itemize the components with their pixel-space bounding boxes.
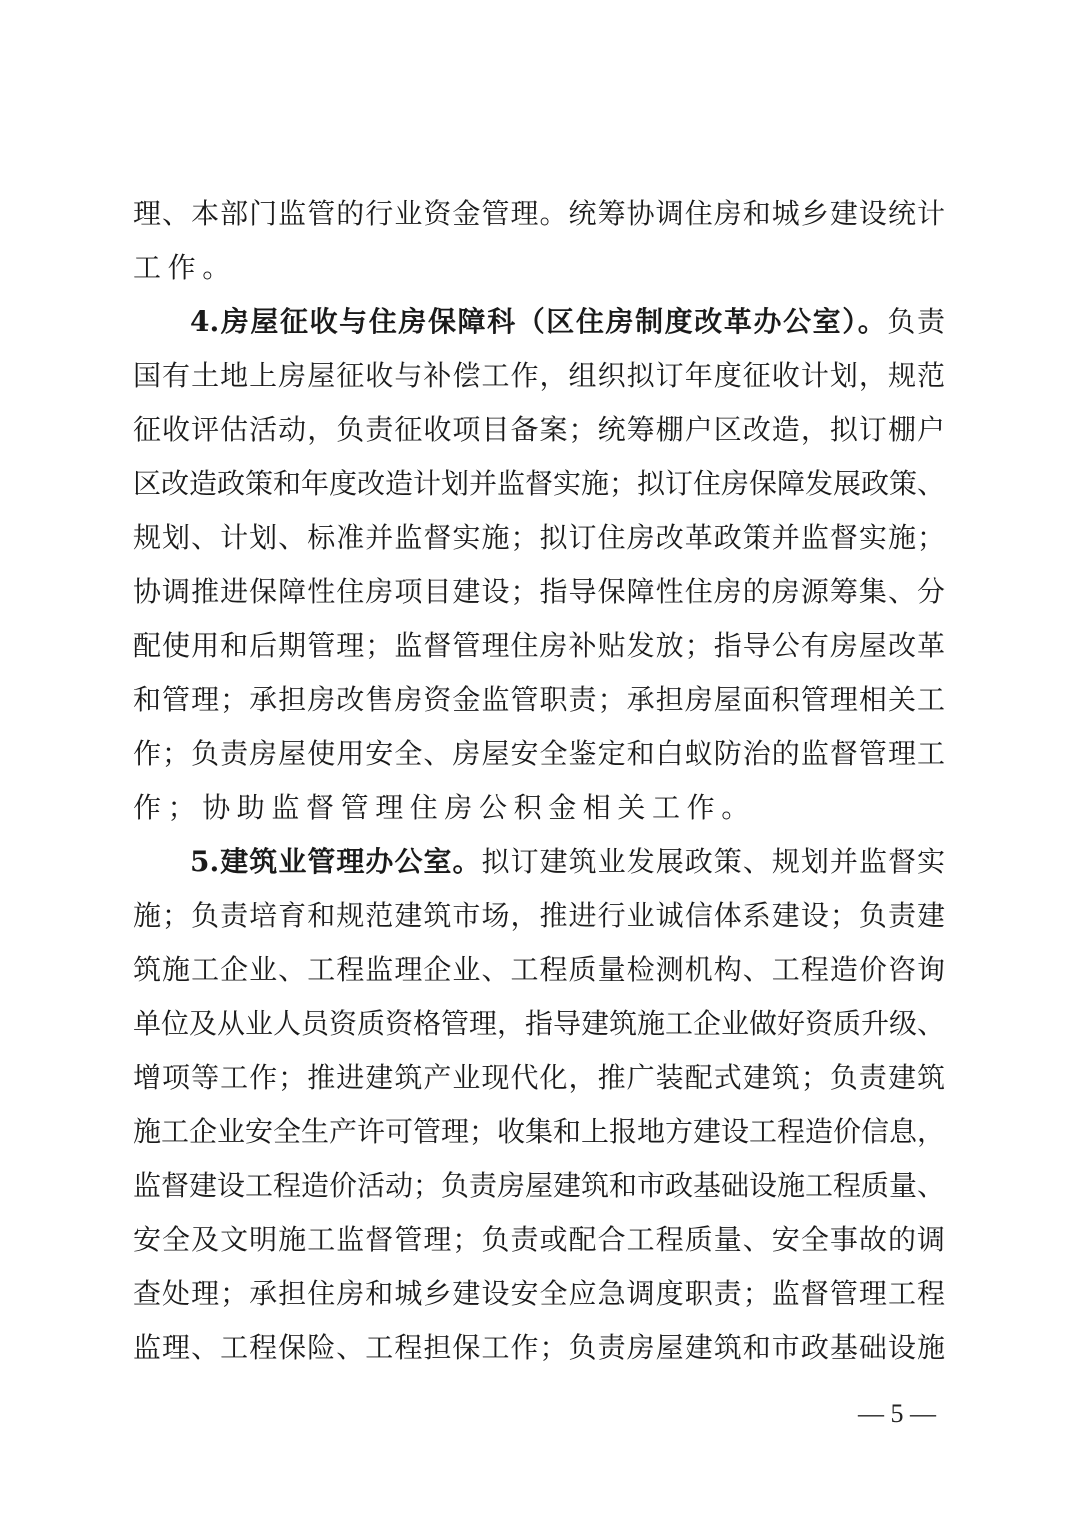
text-line: 配使用和后期管理；监督管理住房补贴发放；指导公有房屋改革 <box>133 626 945 666</box>
text-line: 征收评估活动，负责征收项目备案；统筹棚户区改造，拟订棚户 <box>133 410 945 450</box>
section-5-heading: 5.建筑业管理办公室。 <box>190 845 482 878</box>
text-line: 区改造政策和年度改造计划并监督实施；拟订住房保障发展政策、 <box>133 464 945 504</box>
text-line: 作；协助监督管理住房公积金相关工作。 <box>133 788 945 828</box>
section-4-first-line: 4.房屋征收与住房保障科（区住房制度改革办公室）。负责 <box>190 302 945 342</box>
text-line: 国有土地上房屋征收与补偿工作，组织拟订年度征收计划，规范 <box>133 356 945 396</box>
text-line: 施；负责培育和规范建筑市场，推进行业诚信体系建设；负责建 <box>133 896 945 936</box>
text-line: 协调推进保障性住房项目建设；指导保障性住房的房源筹集、分 <box>133 572 945 612</box>
text-line: 作；负责房屋使用安全、房屋安全鉴定和白蚁防治的监督管理工 <box>133 734 945 774</box>
text-line: 单位及从业人员资质资格管理，指导建筑施工企业做好资质升级、 <box>133 1004 945 1044</box>
text-line: 筑施工企业、工程监理企业、工程质量检测机构、工程造价咨询 <box>133 950 945 990</box>
text-line: 施工企业安全生产许可管理；收集和上报地方建设工程造价信息， <box>133 1112 945 1152</box>
document-page: 理、本部门监管的行业资金管理。统筹协调住房和城乡建设统计 工作。 4.房屋征收与… <box>0 0 1075 1520</box>
text-line: 工作。 <box>133 248 945 288</box>
text-line: 规划、计划、标准并监督实施；拟订住房改革政策并监督实施； <box>133 518 945 558</box>
text-line: 安全及文明施工监督管理；负责或配合工程质量、安全事故的调 <box>133 1220 945 1260</box>
text-line: 和管理；承担房改售房资金监管职责；承担房屋面积管理相关工 <box>133 680 945 720</box>
section-5-first-line: 5.建筑业管理办公室。拟订建筑业发展政策、规划并监督实 <box>190 842 945 882</box>
section-5-first-line-text: 拟订建筑业发展政策、规划并监督实 <box>482 845 945 878</box>
section-4-heading: 4.房屋征收与住房保障科（区住房制度改革办公室）。 <box>190 305 887 338</box>
text-line: 监理、工程保险、工程担保工作；负责房屋建筑和市政基础设施 <box>133 1328 945 1368</box>
text-line: 增项等工作；推进建筑产业现代化，推广装配式建筑；负责建筑 <box>133 1058 945 1098</box>
page-number: — 5 — <box>858 1399 936 1429</box>
text-line: 查处理；承担住房和城乡建设安全应急调度职责；监督管理工程 <box>133 1274 945 1314</box>
section-4-first-line-text: 负责 <box>887 305 945 338</box>
text-line: 理、本部门监管的行业资金管理。统筹协调住房和城乡建设统计 <box>133 194 945 234</box>
text-line: 监督建设工程造价活动；负责房屋建筑和市政基础设施工程质量、 <box>133 1166 945 1206</box>
